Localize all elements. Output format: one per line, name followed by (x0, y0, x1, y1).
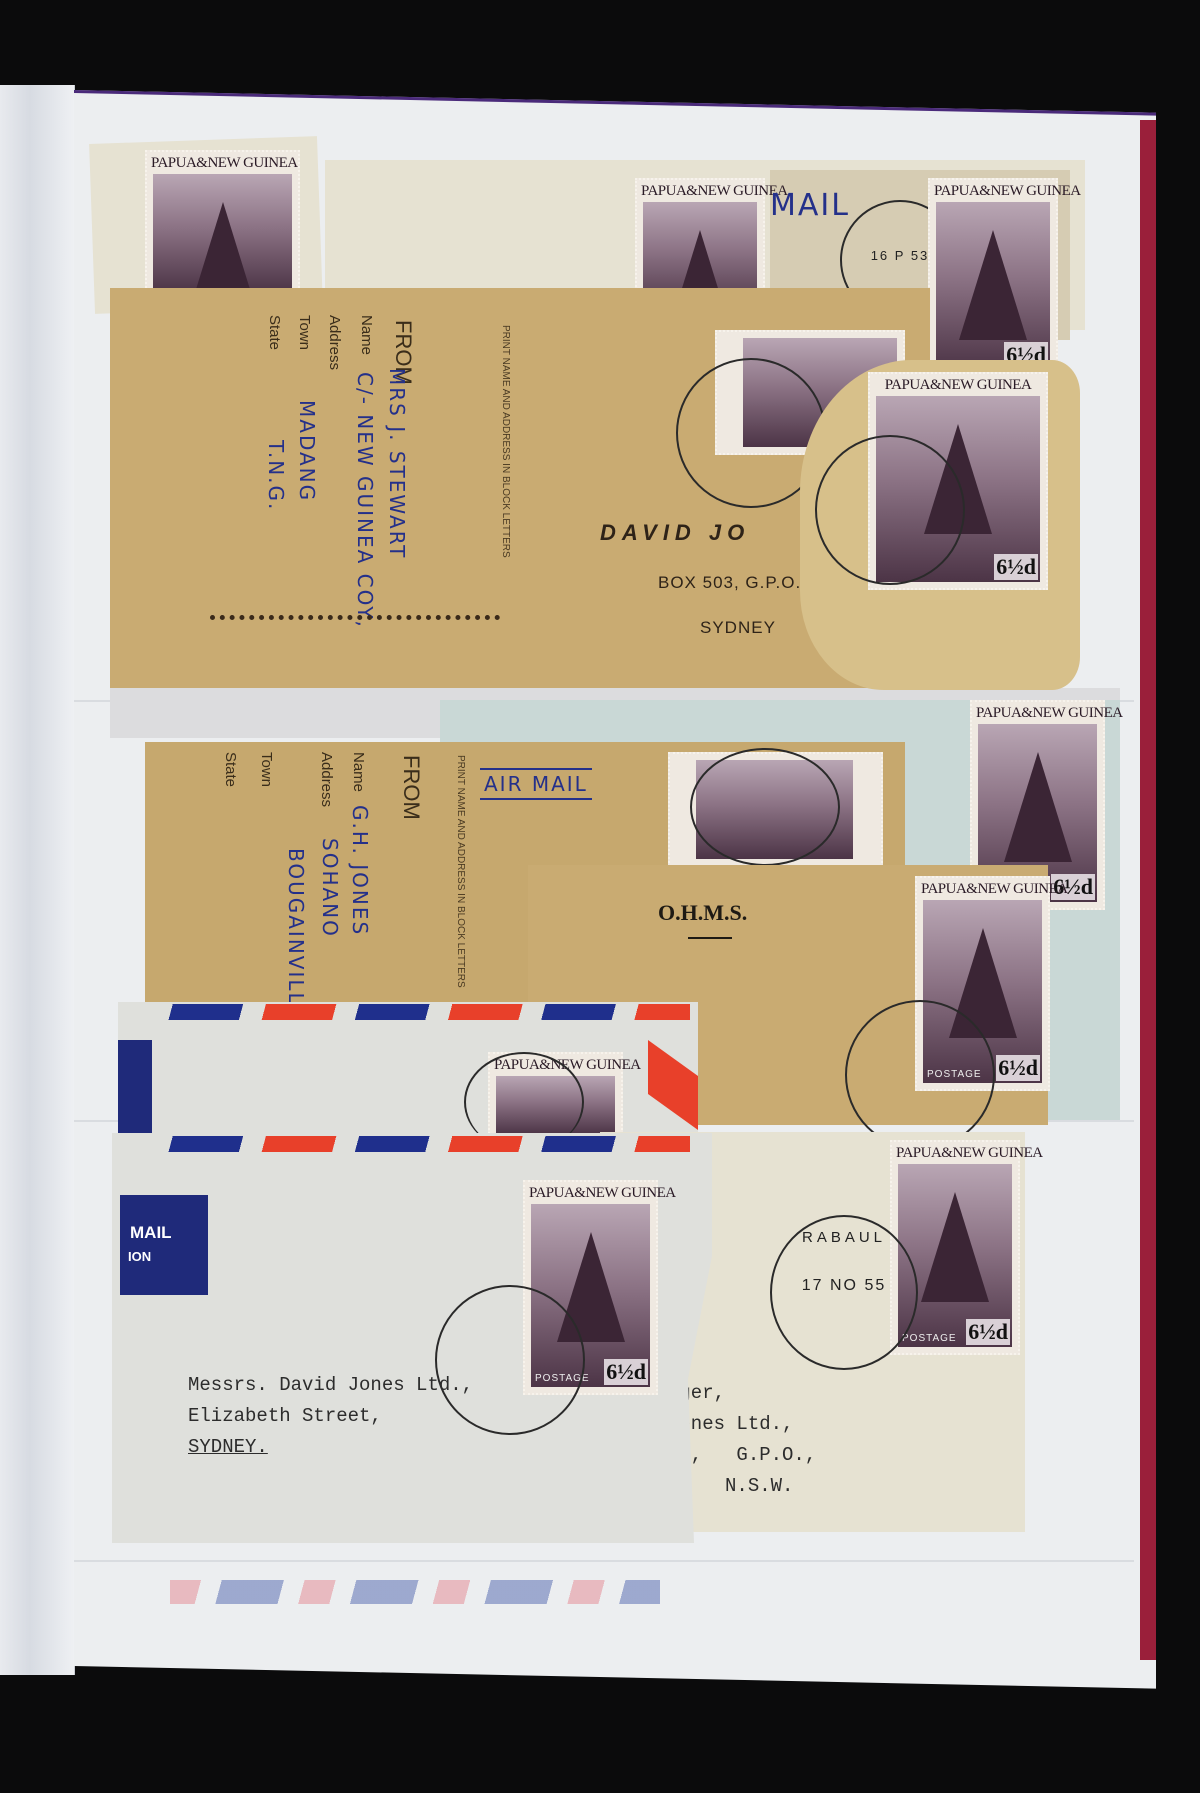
postmark-postal-dept (845, 1000, 995, 1150)
address-label: Address (326, 315, 343, 370)
stamp-title: PAPUA&NEW GUINEA (921, 881, 1044, 898)
addressee-box: BOX 503, G.P.O. (658, 573, 801, 593)
address-value: SOHANO (318, 838, 342, 938)
town-label: Town (258, 752, 275, 787)
postmark-sohano (690, 748, 840, 866)
addressee-city: SYDNEY (700, 618, 776, 638)
stamp-title: PAPUA&NEW GUINEA (896, 1145, 1014, 1162)
album-spine (0, 85, 75, 1675)
album-page-edge (1140, 120, 1156, 1660)
airmail-sub-label: ION (128, 1249, 151, 1264)
address-value-2: BOUGAINVILL (284, 848, 308, 1006)
town-value: MADANG (295, 400, 319, 502)
ohms-heading: O.H.M.S. (658, 900, 747, 926)
hut-icon (921, 1192, 989, 1302)
address-label: Address (318, 752, 335, 807)
state-label: State (222, 752, 239, 787)
stamp-value: 6½d (604, 1359, 648, 1385)
album-strip (74, 1560, 1134, 1562)
name-label: Name (350, 752, 367, 792)
town-label: Town (296, 315, 313, 350)
airmail-label-box: MAIL ION (120, 1195, 208, 1295)
hut-icon (959, 230, 1027, 340)
address-value: C/- NEW GUINEA COY, (353, 372, 377, 629)
airmail-stripes (150, 1004, 690, 1020)
airmail-2-address: Messrs. David Jones Ltd., Elizabeth Stre… (188, 1370, 473, 1463)
postmark-rabaul: RABAUL 17 NO 55 (770, 1215, 918, 1370)
name-label: Name (358, 315, 375, 355)
hut-icon (1004, 752, 1072, 862)
stamp-title: PAPUA&NEW GUINEA (529, 1185, 652, 1202)
faded-airmail-stripes (170, 1580, 660, 1604)
stamp-value: 6½d (994, 554, 1038, 580)
name-value: MRS J. STEWART (385, 368, 409, 559)
stamp-title: PAPUA&NEW GUINEA (874, 377, 1042, 394)
stamp-value: 6½d (966, 1319, 1010, 1345)
handwritten-mail: MAIL (770, 188, 850, 223)
stamp: PAPUA&NEW GUINEA (145, 150, 300, 300)
stamp: PAPUA&NEW GUINEA 6½d (928, 178, 1058, 378)
state-label: State (266, 315, 283, 350)
state-value: T.N.G. (264, 440, 288, 511)
addressee-name: DAVID JO (600, 520, 750, 546)
stamp-title: PAPUA&NEW GUINEA (641, 183, 759, 200)
dotted-line (210, 615, 500, 620)
stamp-title: PAPUA&NEW GUINEA (934, 183, 1052, 200)
stamp-title: PAPUA&NEW GUINEA (151, 155, 294, 172)
print-instruction: PRINT NAME AND ADDRESS IN BLOCK LETTERS (500, 325, 511, 558)
print-instruction: PRINT NAME AND ADDRESS IN BLOCK LETTERS (455, 755, 466, 988)
airmail-label-box (118, 1040, 152, 1140)
airmail-stripes (150, 1136, 690, 1152)
postmark-date: 17 NO 55 (772, 1277, 916, 1295)
stamp-title: PAPUA&NEW GUINEA (976, 705, 1099, 722)
stamp-value: 6½d (996, 1055, 1040, 1081)
handwritten-air-mail: AIR MAIL (480, 768, 592, 800)
stamp-postage: POSTAGE (902, 1333, 957, 1344)
airmail-label: MAIL (130, 1223, 172, 1243)
ohms-underline (688, 937, 732, 939)
name-value: G.H. JONES (348, 805, 372, 936)
postmark-samarai (815, 435, 965, 585)
stamp-image (153, 174, 292, 292)
from-label: FROM (398, 755, 424, 820)
